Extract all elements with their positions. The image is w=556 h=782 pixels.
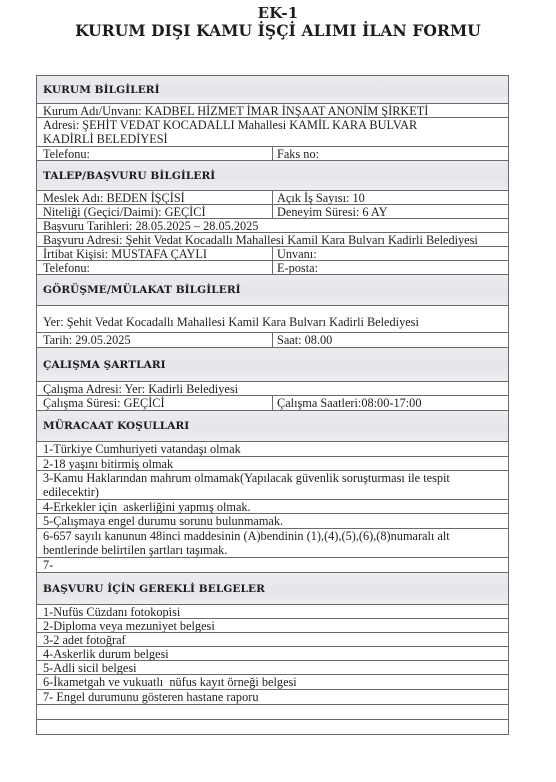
interview-place: Yer: Şehit Vedat Kocadallı Mahallesi Kam… xyxy=(37,315,508,332)
employment-nature: Niteliği (Geçici/Daimi): GEÇİCİ xyxy=(37,205,273,218)
contact-phone: Telefonu: xyxy=(37,261,273,274)
annex-label: EK-1 xyxy=(0,4,556,22)
condition-text: 2-18 yaşını bitirmiş olmak xyxy=(37,457,508,470)
condition-item: 6-657 sayılı kanunun 48inci maddesinin (… xyxy=(37,529,508,558)
condition-text: 7- xyxy=(37,558,508,572)
document-text: 7- Engel durumunu gösteren hastane rapor… xyxy=(37,690,508,704)
work-duration: Çalışma Süresi: GEÇİCİ xyxy=(37,396,273,410)
document-item: 6-İkametgah ve vukuatlı nüfus kayıt örne… xyxy=(37,675,508,690)
condition-text: 4-Erkekler için askerliğini yapmış olmak… xyxy=(37,500,508,513)
row-work-address: Çalışma Adresi: Yer: Kadirli Belediyesi xyxy=(37,382,508,396)
contact-person: İrtibat Kişisi: MUSTAFA ÇAYLI xyxy=(37,247,273,260)
condition-item: 3-Kamu Haklarından mahrum olmamak(Yapıla… xyxy=(37,471,508,500)
row-occupation: Meslek Adı: BEDEN İŞÇİSİ Açık İş Sayısı:… xyxy=(37,191,508,205)
document-item-empty xyxy=(37,720,508,735)
section-heading: MÜRACAAT KOŞULLARI xyxy=(37,419,508,433)
institution-phone: Telefonu: xyxy=(37,147,273,160)
document-item-empty xyxy=(37,705,508,720)
form-title: KURUM DIŞI KAMU İŞÇİ ALIMI İLAN FORMU xyxy=(0,21,556,40)
document-item: 5-Adli sicil belgesi xyxy=(37,661,508,675)
row-contact-phone: Telefonu: E-posta: xyxy=(37,261,508,275)
row-nature: Niteliği (Geçici/Daimi): GEÇİCİ Deneyim … xyxy=(37,205,508,219)
row-kurum-name: Kurum Adı/Unvanı: KADBEL HİZMET İMAR İNŞ… xyxy=(37,104,508,118)
row-interview-datetime: Tarih: 29.05.2025 Saat: 08.00 xyxy=(37,333,508,348)
contact-email: E-posta: xyxy=(273,261,508,274)
section-heading: KURUM BİLGİLERİ xyxy=(37,83,508,97)
section-calisma-header: ÇALIŞMA ŞARTLARI xyxy=(37,348,508,382)
row-kurum-address: Adresi: ŞEHİT VEDAT KOCADALLI Mahallesi … xyxy=(37,118,508,147)
document-item: 3-2 adet fotoğraf xyxy=(37,633,508,647)
row-dates: Başvuru Tarihleri: 28.05.2025 – 28.05.20… xyxy=(37,219,508,233)
condition-item: 2-18 yaşını bitirmiş olmak xyxy=(37,457,508,471)
openings-count: Açık İş Sayısı: 10 xyxy=(273,191,508,204)
document-text: 4-Askerlik durum belgesi xyxy=(37,647,508,660)
condition-text: 6-657 sayılı kanunun 48inci maddesinin (… xyxy=(37,529,508,557)
section-muracaat-header: MÜRACAAT KOŞULLARI xyxy=(37,411,508,442)
document-text: 3-2 adet fotoğraf xyxy=(37,633,508,646)
section-heading: BAŞVURU İÇİN GEREKLİ BELGELER xyxy=(37,582,508,596)
document-text: 6-İkametgah ve vukuatlı nüfus kayıt örne… xyxy=(37,675,508,689)
institution-address: Adresi: ŞEHİT VEDAT KOCADALLI Mahallesi … xyxy=(37,118,508,146)
condition-text: 1-Türkiye Cumhuriyeti vatandaşı olmak xyxy=(37,442,508,456)
section-heading: GÖRÜŞME/MÜLAKAT BİLGİLERİ xyxy=(37,283,508,297)
document-text xyxy=(37,720,508,734)
row-contact-person: İrtibat Kişisi: MUSTAFA ÇAYLI Unvanı: xyxy=(37,247,508,261)
experience-duration: Deneyim Süresi: 6 AY xyxy=(273,205,508,218)
row-kurum-contact: Telefonu: Faks no: xyxy=(37,147,508,161)
document-text: 2-Diploma veya mezuniyet belgesi xyxy=(37,619,508,632)
interview-date: Tarih: 29.05.2025 xyxy=(37,333,273,347)
section-gorusme-header: GÖRÜŞME/MÜLAKAT BİLGİLERİ xyxy=(37,275,508,306)
institution-name: Kurum Adı/Unvanı: KADBEL HİZMET İMAR İNŞ… xyxy=(37,104,508,117)
document-item: 4-Askerlik durum belgesi xyxy=(37,647,508,661)
condition-text: 5-Çalışmaya engel durumu sorunu bulunmam… xyxy=(37,514,508,528)
condition-item: 1-Türkiye Cumhuriyeti vatandaşı olmak xyxy=(37,442,508,457)
document-text: 1-Nufüs Cüzdanı fotokopisi xyxy=(37,605,508,618)
section-kurum-header: KURUM BİLGİLERİ xyxy=(37,76,508,104)
section-talep-header: TALEP/BAŞVURU BİLGİLERİ xyxy=(37,161,508,191)
institution-fax: Faks no: xyxy=(273,147,508,160)
application-address: Başvuru Adresi: Şehit Vedat Kocadallı Ma… xyxy=(37,233,508,246)
contact-title: Unvanı: xyxy=(273,247,508,260)
condition-item: 5-Çalışmaya engel durumu sorunu bulunmam… xyxy=(37,514,508,529)
document-item: 2-Diploma veya mezuniyet belgesi xyxy=(37,619,508,633)
application-dates: Başvuru Tarihleri: 28.05.2025 – 28.05.20… xyxy=(37,219,508,232)
occupation: Meslek Adı: BEDEN İŞÇİSİ xyxy=(37,191,273,204)
section-belgeler-header: BAŞVURU İÇİN GEREKLİ BELGELER xyxy=(37,573,508,605)
section-heading: TALEP/BAŞVURU BİLGİLERİ xyxy=(37,169,508,183)
document-item: 7- Engel durumunu gösteren hastane rapor… xyxy=(37,690,508,705)
job-posting-form: KURUM BİLGİLERİ Kurum Adı/Unvanı: KADBEL… xyxy=(36,75,509,735)
condition-text: 3-Kamu Haklarından mahrum olmamak(Yapıla… xyxy=(37,471,508,499)
document-text xyxy=(37,705,508,719)
work-hours: Çalışma Saatleri:08:00-17:00 xyxy=(273,396,508,410)
condition-item: 4-Erkekler için askerliğini yapmış olmak… xyxy=(37,500,508,514)
interview-time: Saat: 08.00 xyxy=(273,333,508,347)
row-work-duration: Çalışma Süresi: GEÇİCİ Çalışma Saatleri:… xyxy=(37,396,508,411)
document-item: 1-Nufüs Cüzdanı fotokopisi xyxy=(37,605,508,619)
row-application-address: Başvuru Adresi: Şehit Vedat Kocadallı Ma… xyxy=(37,233,508,247)
section-heading: ÇALIŞMA ŞARTLARI xyxy=(37,358,508,372)
document-text: 5-Adli sicil belgesi xyxy=(37,661,508,674)
condition-item: 7- xyxy=(37,558,508,573)
row-interview-place: Yer: Şehit Vedat Kocadallı Mahallesi Kam… xyxy=(37,306,508,333)
work-address: Çalışma Adresi: Yer: Kadirli Belediyesi xyxy=(37,382,508,395)
